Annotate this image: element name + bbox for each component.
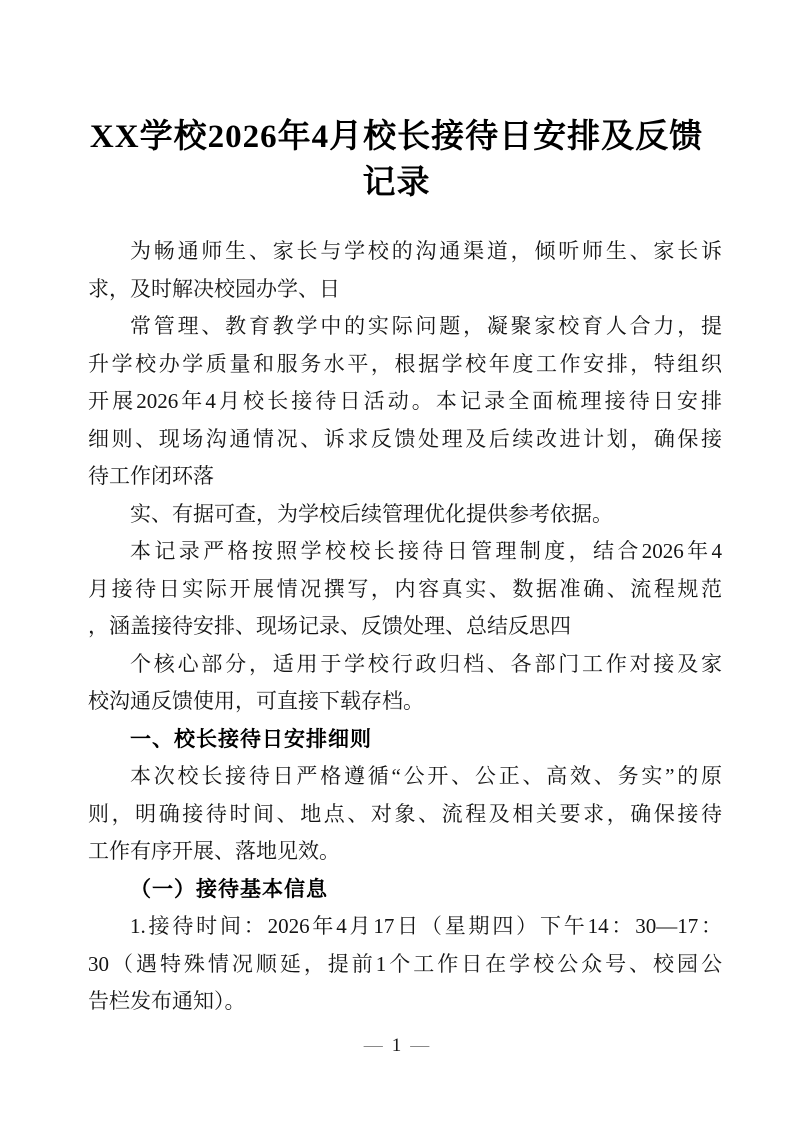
- paragraph-line: 校沟通反馈使用，可直接下载存档。: [88, 683, 722, 721]
- footer-dash-right: —: [410, 1035, 429, 1056]
- paragraph-line: 实、有据可查，为学校后续管理优化提供参考依据。: [88, 496, 722, 534]
- paragraph-line: 待工作闭环落: [88, 458, 722, 496]
- document-title: XX学校2026年4月校长接待日安排及反馈 记录: [0, 0, 793, 206]
- document-page: XX学校2026年4月校长接待日安排及反馈 记录 为畅通师生、家长与学校的沟通渠…: [0, 0, 793, 1122]
- paragraph-line: 细则、现场沟通情况、诉求反馈处理及后续改进计划，确保接: [88, 421, 722, 459]
- page-footer: —1—: [0, 1035, 793, 1057]
- paragraph-line: 本记录严格按照学校校长接待日管理制度，结合2026年4: [88, 533, 722, 571]
- paragraph-line: 常管理、教育教学中的实际问题，凝聚家校育人合力，提: [88, 308, 722, 346]
- paragraph-line: 开展2026年4月校长接待日活动。本记录全面梳理接待日安排: [88, 383, 722, 421]
- paragraph-line: ，涵盖接待安排、现场记录、反馈处理、总结反思四: [88, 608, 722, 646]
- document-body: 为畅通师生、家长与学校的沟通渠道，倾听师生、家长诉 求，及时解决校园办学、日 常…: [0, 233, 793, 1021]
- paragraph-line: 工作有序开展、落地见效。: [88, 833, 722, 871]
- footer-dash-left: —: [364, 1035, 383, 1056]
- paragraph-line: 为畅通师生、家长与学校的沟通渠道，倾听师生、家长诉: [88, 233, 722, 271]
- paragraph-line: 求，及时解决校园办学、日: [88, 271, 722, 309]
- paragraph-line: 告栏发布通知）。: [88, 983, 722, 1021]
- paragraph-line: 月接待日实际开展情况撰写，内容真实、数据准确、流程规范: [88, 571, 722, 609]
- paragraph-line: 个核心部分，适用于学校行政归档、各部门工作对接及家: [88, 646, 722, 684]
- paragraph-line: 本次校长接待日严格遵循“公开、公正、高效、务实”的原: [88, 758, 722, 796]
- paragraph-line: 升学校办学质量和服务水平，根据学校年度工作安排，特组织: [88, 346, 722, 384]
- paragraph-line: 1.接待时间：2026年4月17日（星期四）下午14：30—17：: [88, 908, 722, 946]
- document-title-line-2: 记录: [0, 160, 793, 206]
- section-heading-1: 一、校长接待日安排细则: [88, 721, 722, 759]
- paragraph-line: 30（遇特殊情况顺延，提前1个工作日在学校公众号、校园公: [88, 946, 722, 984]
- document-title-line-1: XX学校2026年4月校长接待日安排及反馈: [0, 114, 793, 160]
- page-number: 1: [392, 1035, 402, 1056]
- subsection-heading-1-1: （一）接待基本信息: [88, 871, 722, 909]
- paragraph-line: 则，明确接待时间、地点、对象、流程及相关要求，确保接待: [88, 796, 722, 834]
